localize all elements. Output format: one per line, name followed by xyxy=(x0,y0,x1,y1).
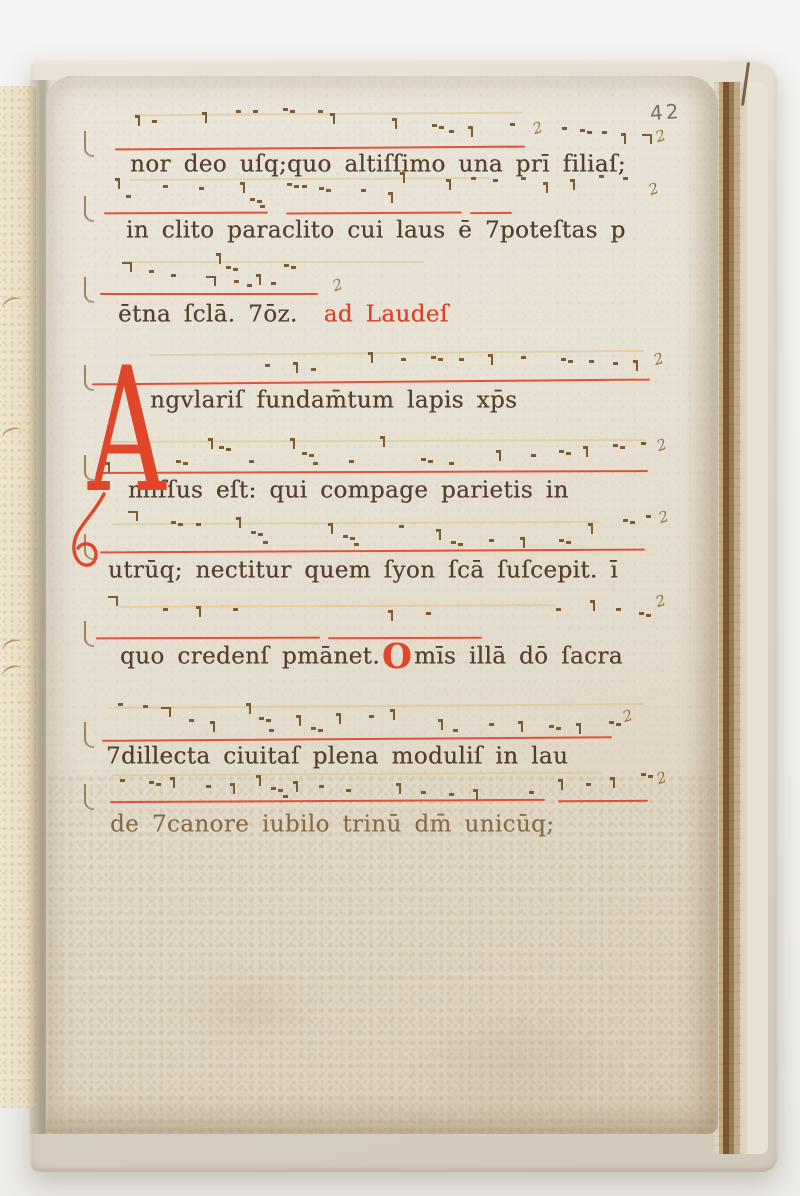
neume-mark xyxy=(213,721,215,732)
neume-mark xyxy=(449,130,454,133)
neume-mark xyxy=(579,723,581,734)
neume-mark xyxy=(271,787,276,790)
neume-mark xyxy=(613,777,615,788)
neume-mark xyxy=(122,262,132,272)
neume-mark xyxy=(639,612,644,615)
neume-mark xyxy=(199,606,201,617)
neume-mark xyxy=(369,715,374,718)
neume-mark xyxy=(616,608,621,611)
neume-mark xyxy=(219,446,224,449)
chant-text-line: miſſus eſt: qui compage parietis in xyxy=(128,476,569,505)
chant-text: utrūq; nectitur quem ſyon ſcā ſuſcepit. … xyxy=(108,557,618,584)
neume-mark xyxy=(206,785,211,788)
neume-mark xyxy=(426,612,431,615)
neume-mark xyxy=(641,773,646,776)
neume-mark xyxy=(249,703,251,714)
neume-mark xyxy=(476,789,478,800)
neume-mark xyxy=(580,129,585,132)
chant-text: ngvlariſ fundam̄tum lapis xp̄s xyxy=(150,387,517,414)
neume-mark xyxy=(591,523,593,534)
neume-mark xyxy=(346,789,351,792)
neume-mark xyxy=(399,525,404,528)
neume-mark xyxy=(118,703,123,706)
neume-mark xyxy=(260,205,265,208)
chant-text: in clito paraclito cui laus ē 7poteſtas … xyxy=(126,217,626,244)
neume-mark xyxy=(265,364,270,367)
neume-mark xyxy=(401,358,406,361)
neume-mark xyxy=(251,531,256,534)
initial-flourish-tail xyxy=(52,492,116,592)
chant-text: miſſus eſt: qui compage parietis in xyxy=(128,477,569,504)
neume-mark xyxy=(391,192,393,203)
neume-mark xyxy=(259,717,264,720)
neume-mark xyxy=(529,791,534,794)
margin-clef-mark xyxy=(84,277,94,303)
neume-mark xyxy=(593,600,595,611)
neume-mark xyxy=(333,113,335,124)
neume-mark xyxy=(331,523,333,534)
margin-clef-mark xyxy=(84,131,94,157)
chant-text-line: 7dillecta ciuitaſ plena moduliſ in lau xyxy=(106,742,568,771)
illuminated-initial-A: A xyxy=(88,360,165,501)
neume-mark xyxy=(283,108,288,111)
neume-mark xyxy=(636,360,638,371)
chant-text: nor deo uſq;quo altiſſimo una prī filiaſ… xyxy=(130,151,626,178)
neume-mark xyxy=(613,444,618,447)
neume-mark xyxy=(453,729,458,732)
neume-mark xyxy=(284,264,289,267)
neume-mark xyxy=(549,725,554,728)
neume-mark xyxy=(236,110,241,113)
margin-clef-mark xyxy=(84,784,94,810)
neume-mark xyxy=(205,112,207,123)
neume-mark xyxy=(176,460,181,463)
neume-mark xyxy=(249,460,254,463)
neume-mark xyxy=(318,110,323,113)
neume-mark xyxy=(343,535,348,538)
neume-mark xyxy=(163,608,168,611)
neume-mark xyxy=(319,785,324,788)
neume-mark xyxy=(299,715,301,726)
neume-mark xyxy=(556,608,561,611)
neume-mark xyxy=(361,189,366,192)
neume-mark xyxy=(233,608,238,611)
neume-mark xyxy=(523,537,525,548)
rubric-ad-laudes: ad Laudeſ xyxy=(324,301,449,328)
neume-mark xyxy=(432,124,437,127)
folio-number-pencil: 42 xyxy=(649,99,682,125)
foredge-texture xyxy=(714,82,742,1154)
neume-mark xyxy=(546,182,548,193)
neume-mark xyxy=(219,253,221,264)
neume-mark xyxy=(271,282,276,285)
neume-mark xyxy=(296,362,298,373)
red-initial-O: O xyxy=(380,636,414,677)
neume-mark xyxy=(143,705,148,708)
neume-mark xyxy=(493,179,498,182)
neume-mark xyxy=(283,795,288,798)
neume-mark xyxy=(561,779,563,790)
neume-mark xyxy=(239,517,241,528)
neume-mark xyxy=(126,195,131,198)
chant-text-line: de 7canore iubilo trinū dm̄ unicūq; xyxy=(110,810,554,839)
neume-mark xyxy=(233,783,235,794)
neume-mark xyxy=(152,120,157,123)
chant-text-line: ngvlariſ fundam̄tum lapis xp̄s xyxy=(150,386,517,415)
neume-mark xyxy=(449,462,454,465)
neume-mark xyxy=(510,123,515,126)
neume-mark xyxy=(247,284,252,287)
margin-clef-mark xyxy=(84,722,94,748)
margin-clef-mark xyxy=(84,621,94,647)
neume-mark xyxy=(349,460,354,463)
neume-mark xyxy=(189,719,194,722)
neume-mark xyxy=(371,352,373,363)
neume-mark xyxy=(559,450,564,453)
neume-mark xyxy=(296,781,298,792)
neume-mark xyxy=(149,781,154,784)
neume-mark xyxy=(521,721,523,732)
neume-mark xyxy=(250,198,255,201)
neume-mark xyxy=(293,438,295,449)
neume-mark xyxy=(259,274,261,285)
neume-mark xyxy=(211,438,213,449)
neume-mark xyxy=(339,713,341,724)
neume-mark xyxy=(199,187,204,190)
neume-mark xyxy=(562,127,567,130)
neume-mark xyxy=(613,362,618,365)
neume-mark xyxy=(609,721,614,724)
neume-mark xyxy=(459,358,464,361)
neume-mark xyxy=(171,521,176,524)
neume-mark xyxy=(319,187,324,190)
chant-text-line: quo credenſ pmānet.Omīs illā dō ſacra xyxy=(120,642,623,671)
neume-mark xyxy=(399,783,401,794)
chant-text: ētna ſclā. 7ōz. xyxy=(118,301,298,328)
neume-mark xyxy=(531,454,536,457)
chant-text-line: nor deo uſq;quo altiſſimo una prī filiaſ… xyxy=(130,150,626,179)
neume-mark xyxy=(561,358,566,361)
neume-mark xyxy=(313,462,318,465)
neume-mark xyxy=(311,368,316,371)
neume-mark xyxy=(395,118,397,129)
neume-mark xyxy=(559,539,564,542)
neume-mark xyxy=(149,270,154,273)
neume-mark xyxy=(108,596,118,606)
neume-mark xyxy=(586,446,588,457)
neume-mark xyxy=(449,179,451,190)
neume-mark xyxy=(641,442,646,445)
chant-text-line: utrūq; nectitur quem ſyon ſcā ſuſcepit. … xyxy=(108,556,618,585)
neume-mark xyxy=(163,185,168,188)
neume-mark xyxy=(253,110,258,113)
neume-mark xyxy=(491,354,493,365)
neume-mark xyxy=(393,709,395,720)
neume-mark xyxy=(589,360,594,363)
neume-mark xyxy=(171,274,176,277)
neume-mark xyxy=(263,541,268,544)
neume-mark xyxy=(161,707,171,717)
chant-text-line: ētna ſclā. 7ōz.ad Laudeſ xyxy=(118,300,449,329)
neume-mark xyxy=(573,179,575,190)
neume-mark xyxy=(138,115,140,126)
neume-mark xyxy=(646,515,651,518)
neume-mark xyxy=(120,779,125,782)
neume-mark xyxy=(499,450,501,461)
neume-mark xyxy=(269,729,274,732)
neume-mark xyxy=(624,133,626,144)
neume-mark xyxy=(259,775,261,786)
neume-mark xyxy=(354,543,359,546)
neume-mark xyxy=(431,356,436,359)
neume-mark xyxy=(302,452,307,455)
neume-mark xyxy=(226,266,231,269)
neume-mark xyxy=(287,183,292,186)
neume-mark xyxy=(642,134,652,144)
neume-mark xyxy=(118,178,120,189)
chant-text: quo credenſ pmānet. xyxy=(120,643,380,670)
neume-mark xyxy=(302,185,307,188)
manuscript-photo: 2222222222nor deo uſq;quo altiſſimo una … xyxy=(0,0,800,1196)
chant-text: 7dillecta ciuitaſ plena moduliſ in lau xyxy=(106,743,568,770)
neume-mark xyxy=(196,523,201,526)
neume-mark xyxy=(439,529,441,540)
neume-mark xyxy=(441,719,443,730)
neume-mark xyxy=(173,777,175,788)
neume-mark xyxy=(586,783,591,786)
neume-mark xyxy=(602,131,607,134)
neume-mark xyxy=(383,436,385,447)
neume-mark xyxy=(311,727,316,730)
neume-mark xyxy=(206,276,216,286)
neume-mark xyxy=(421,791,426,794)
neume-mark xyxy=(234,280,239,283)
margin-clef-mark xyxy=(84,196,94,222)
neume-mark xyxy=(451,541,456,544)
neume-mark xyxy=(489,723,494,726)
neume-mark xyxy=(391,610,393,621)
neume-mark xyxy=(449,793,454,796)
chant-text: mīs illā dō ſacra xyxy=(414,643,623,670)
neume-mark xyxy=(471,126,473,137)
neume-mark xyxy=(421,458,426,461)
staff-yellow-line xyxy=(124,261,424,263)
neume-mark xyxy=(489,539,494,542)
neume-mark xyxy=(623,519,628,522)
neume-mark xyxy=(521,356,526,359)
neume-mark xyxy=(243,182,245,193)
chant-text: de 7canore iubilo trinū dm̄ unicūq; xyxy=(110,811,554,838)
chant-text-line: in clito paraclito cui laus ē 7poteſtas … xyxy=(126,216,626,245)
